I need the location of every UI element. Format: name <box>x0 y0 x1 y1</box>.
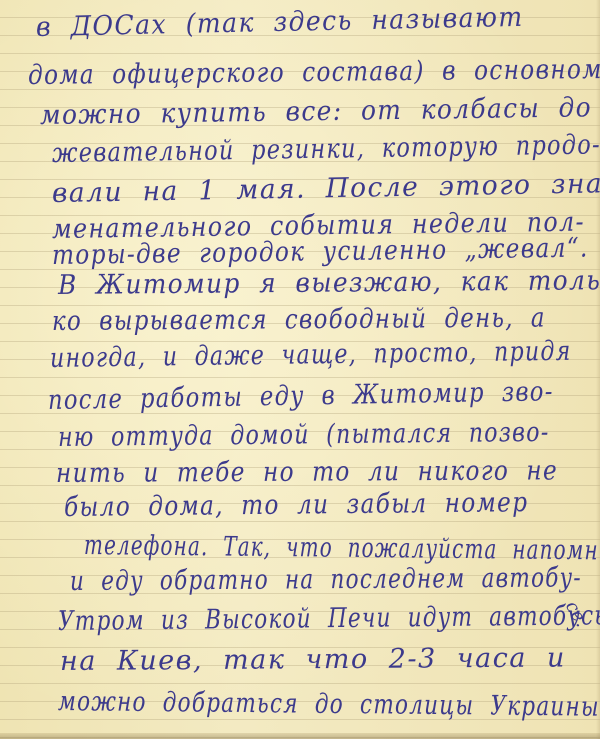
text-line: и еду обратно на последнем автобу- <box>70 562 582 597</box>
text-line: можно купить все: от колбасы до <box>40 92 592 131</box>
text-line: иногда, и даже чаще, просто, придя <box>50 336 572 374</box>
text-line: в ДОСах (так здесь называют <box>36 2 524 43</box>
text-line: жевательной резинки, которую продо- <box>52 129 600 169</box>
text-line: нить и тебе но то ли никого не <box>56 455 558 489</box>
text-line: дома офицерского состава) в основном <box>28 54 600 91</box>
text-line: В Житомир я выезжаю, как толь <box>58 265 600 301</box>
text-line: Утром из Высокой Печи идут автобусы <box>58 600 600 637</box>
text-line: телефона. Так, что пожалуйста напомни) <box>84 530 600 567</box>
text-line: можно добраться до столицы Украины, <box>58 686 600 723</box>
text-line: на Киев, так что 2-3 часа и <box>60 642 566 677</box>
text-line: ко вырывается свободный день, а <box>52 303 546 337</box>
text-line: ню оттуда домой (пытался позво- <box>58 417 550 453</box>
letter-page: в ДОСах (так здесь называют дома офицерс… <box>0 0 600 739</box>
text-line: вали на 1 мая. После этого зна- <box>52 168 600 209</box>
text-line: было дома, то ли забыл номер <box>64 487 529 523</box>
text-line: после работы еду в Житомир зво- <box>48 376 554 416</box>
